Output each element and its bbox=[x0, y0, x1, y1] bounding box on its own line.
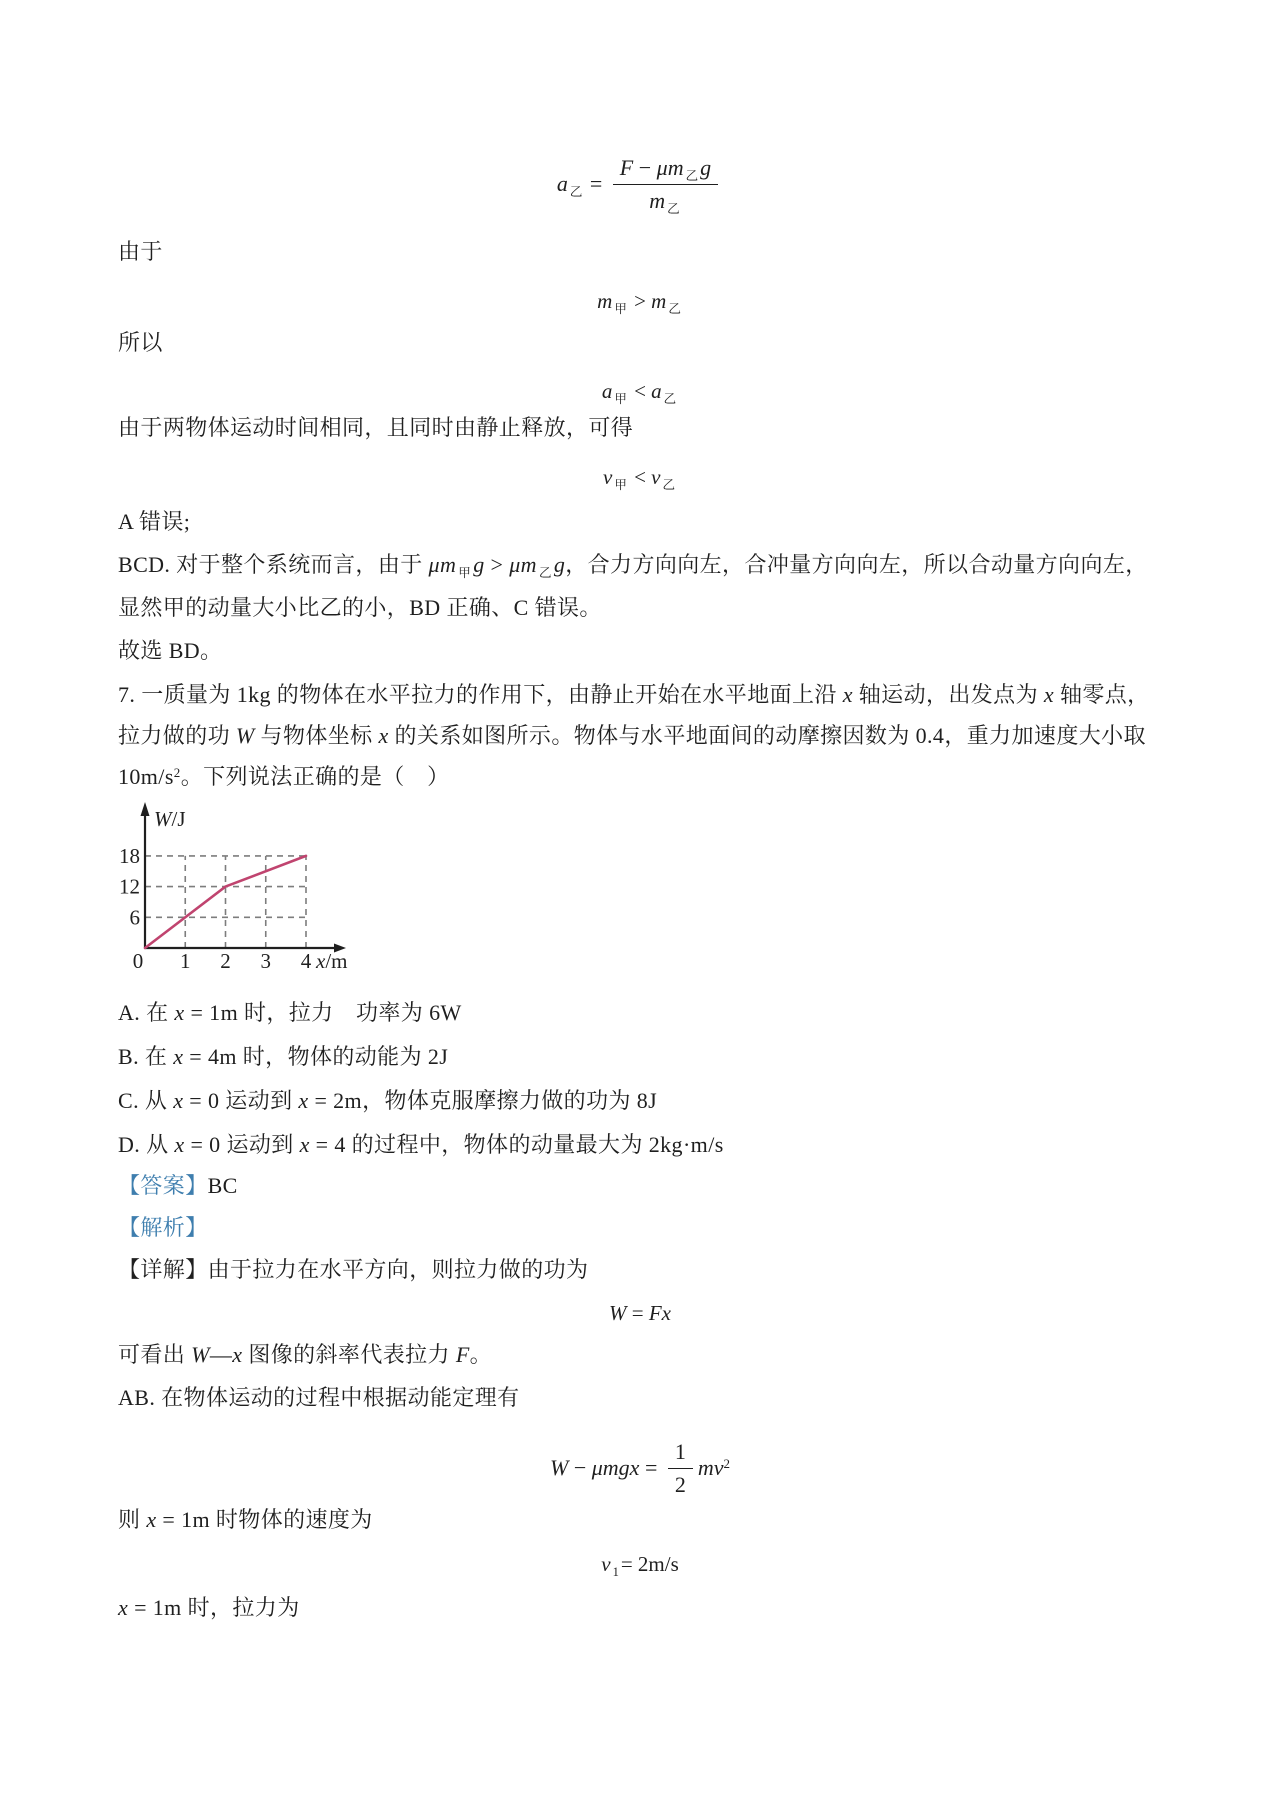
option-b: B. 在 x = 4m 时，物体的动能为 2J bbox=[118, 1043, 448, 1071]
text-run: 2 bbox=[675, 1472, 686, 1497]
text-run: = 1m 时，拉力 功率为 6W bbox=[185, 1000, 462, 1025]
y-axis-arrow-icon bbox=[141, 802, 150, 816]
text-run: x bbox=[173, 1044, 183, 1069]
text-run: x bbox=[173, 1088, 183, 1113]
text-run: m bbox=[651, 289, 666, 313]
y-tick-label: 6 bbox=[130, 905, 141, 929]
text-run: 乙 bbox=[668, 302, 681, 316]
text-run: g bbox=[473, 552, 484, 577]
text-run: = 2m，物体克服摩擦力做的功为 8J bbox=[309, 1088, 658, 1113]
text-run: D. 从 bbox=[118, 1132, 174, 1157]
y-tick-label: 18 bbox=[119, 844, 140, 868]
text-run: — bbox=[210, 1342, 232, 1367]
text-run: C. 从 bbox=[118, 1088, 173, 1113]
question7-line1: 7. 一质量为 1kg 的物体在水平拉力的作用下，由静止开始在水平地面上沿 x … bbox=[118, 681, 1150, 709]
formula-velocity-compare: v甲 < v乙 bbox=[0, 463, 1280, 491]
paragraph-xianran: 显然甲的动量大小比乙的小，BD 正确、C 错误。 bbox=[118, 594, 602, 622]
text-run: μm bbox=[509, 552, 537, 577]
option-a: A. 在 x = 1m 时，拉力 功率为 6W bbox=[118, 999, 462, 1027]
text-run: 【答案】 bbox=[118, 1173, 208, 1198]
text-run: W bbox=[191, 1342, 210, 1367]
question7-line2: 拉力做的功 W 与物体坐标 x 的关系如图所示。物体与水平地面间的动摩擦因数为 … bbox=[118, 722, 1146, 750]
option-d: D. 从 x = 0 运动到 x = 4 的过程中，物体的动量最大为 2kg·m… bbox=[118, 1131, 724, 1159]
text-run: 甲 bbox=[458, 566, 471, 580]
text-run: 2 bbox=[174, 765, 181, 780]
paragraph-suoyi: 所以 bbox=[118, 329, 163, 357]
text-run: g bbox=[554, 552, 565, 577]
text-run: = bbox=[584, 171, 607, 196]
formula-w-equals-fx: W = Fx bbox=[0, 1299, 1280, 1327]
text-run: x bbox=[232, 1342, 242, 1367]
fraction: F − μm乙gm乙 bbox=[613, 155, 718, 214]
option-c: C. 从 x = 0 运动到 x = 2m，物体克服摩擦力做的功为 8J bbox=[118, 1087, 657, 1115]
text-run: v bbox=[603, 465, 612, 489]
formula-lhs: W − μmgx = bbox=[550, 1455, 663, 1481]
text-run: 。下列说法正确的是（ ） bbox=[181, 764, 450, 789]
text-run: 【解析】 bbox=[118, 1215, 208, 1240]
text-run: x bbox=[378, 723, 388, 748]
y-tick-label: 12 bbox=[119, 875, 140, 899]
fraction-denominator: 2 bbox=[675, 1469, 686, 1498]
paragraph-ab-theorem: AB. 在物体运动的过程中根据动能定理有 bbox=[118, 1384, 520, 1412]
text-run: 与物体坐标 bbox=[255, 723, 379, 748]
x-tick-label: 3 bbox=[261, 949, 272, 972]
text-run: 1 bbox=[675, 1439, 686, 1464]
text-run: 的关系如图所示。物体与水平地面间的动摩擦因数为 0.4，重力加速度大小取 bbox=[389, 723, 1146, 748]
text-run: < bbox=[629, 465, 651, 489]
text-run: x bbox=[298, 1088, 308, 1113]
paragraph-a-wrong: A 错误; bbox=[118, 508, 190, 536]
text-run: 甲 bbox=[614, 302, 627, 316]
text-run: 2 bbox=[724, 1456, 731, 1471]
answer-label: 【答案】BC bbox=[118, 1172, 238, 1200]
text-run: 乙 bbox=[667, 202, 680, 216]
paragraph-youyu: 由于 bbox=[118, 238, 163, 266]
text-run: 1 bbox=[613, 1565, 619, 1579]
text-run: = 1m 时，拉力为 bbox=[128, 1595, 299, 1620]
x-tick-label: 4 bbox=[301, 949, 312, 972]
paragraph-guxuan: 故选 BD。 bbox=[118, 637, 222, 665]
analysis-label: 【解析】 bbox=[118, 1214, 208, 1242]
text-run: ，合力方向向左，合冲量方向向左，所以合动量方向向左， bbox=[565, 552, 1147, 577]
formula-rhs: mv2 bbox=[698, 1455, 730, 1481]
text-run: 。 bbox=[470, 1342, 492, 1367]
text-run: 拉力做的功 bbox=[118, 723, 236, 748]
text-run: x bbox=[146, 1507, 156, 1532]
text-run: 甲 bbox=[614, 478, 627, 492]
formula-kinetic-energy: W − μmgx = 12mv2 bbox=[0, 1424, 1280, 1512]
text-run: 乙 bbox=[539, 566, 552, 580]
detail-explain: 【详解】由于拉力在水平方向，则拉力做的功为 bbox=[118, 1256, 588, 1284]
text-run: − bbox=[568, 1455, 591, 1480]
text-run: = 1m 时物体的速度为 bbox=[156, 1507, 372, 1532]
text-run: A. 在 bbox=[118, 1000, 174, 1025]
text-run: = bbox=[627, 1301, 649, 1325]
text-run: W bbox=[550, 1455, 568, 1480]
text-run: = 4 的过程中，物体的动量最大为 2kg·m/s bbox=[310, 1132, 724, 1157]
question7-line3: 10m/s2。下列说法正确的是（ ） bbox=[118, 763, 450, 791]
text-run: a bbox=[602, 379, 613, 403]
text-run: BCD. 对于整个系统而言，由于 bbox=[118, 552, 429, 577]
fraction-denominator: m乙 bbox=[649, 185, 681, 214]
text-run: 乙 bbox=[664, 392, 677, 406]
paragraph-x1m-force: x = 1m 时，拉力为 bbox=[118, 1594, 300, 1622]
text-run: = 0 运动到 bbox=[185, 1132, 300, 1157]
paragraph-same-time: 由于两物体运动时间相同，且同时由静止释放，可得 bbox=[118, 414, 633, 442]
text-run: μm bbox=[657, 155, 684, 180]
text-run: 图像的斜率代表拉力 bbox=[242, 1342, 455, 1367]
text-run: 则 bbox=[118, 1507, 146, 1532]
text-run: x bbox=[1044, 682, 1054, 707]
text-run: BC bbox=[208, 1173, 238, 1198]
text-run: x bbox=[300, 1132, 310, 1157]
formula-accel-compare: a甲 < a乙 bbox=[0, 377, 1280, 405]
text-run: > bbox=[485, 552, 510, 577]
text-run: mv bbox=[698, 1455, 724, 1480]
text-run: W bbox=[236, 723, 255, 748]
document-page: a乙 = F − μm乙gm乙 由于 m甲 > m乙 所以 a甲 < a乙 由于… bbox=[0, 0, 1280, 1810]
text-run: x bbox=[174, 1000, 184, 1025]
text-run: > bbox=[629, 289, 651, 313]
text-run: x bbox=[118, 1595, 128, 1620]
text-run: x bbox=[174, 1132, 184, 1157]
text-run: < bbox=[629, 379, 651, 403]
text-run: F bbox=[649, 1301, 662, 1325]
text-run: 轴运动，出发点为 bbox=[853, 682, 1044, 707]
text-run: = 0 运动到 bbox=[183, 1088, 298, 1113]
paragraph-slope: 可看出 W—x 图像的斜率代表拉力 F。 bbox=[118, 1341, 492, 1369]
text-run: 可看出 bbox=[118, 1342, 191, 1367]
text-run: 10m/s bbox=[118, 764, 174, 789]
x-axis-title: x/m bbox=[315, 949, 348, 972]
text-run: F bbox=[620, 155, 633, 180]
fraction-numerator: F − μm乙g bbox=[613, 155, 718, 185]
fraction-numerator: 1 bbox=[668, 1439, 693, 1469]
text-run: a bbox=[557, 171, 568, 196]
text-run: 甲 bbox=[614, 392, 627, 406]
text-run: = 4m 时，物体的动能为 2J bbox=[183, 1044, 448, 1069]
text-run: 乙 bbox=[570, 185, 583, 199]
text-run: 乙 bbox=[663, 478, 676, 492]
paragraph-bcd-analysis: BCD. 对于整个系统而言，由于 μm甲g > μm乙g，合力方向向左，合冲量方… bbox=[118, 551, 1148, 579]
text-run: μm bbox=[429, 552, 457, 577]
text-run: = 2m/s bbox=[621, 1552, 679, 1576]
text-run: μmgx bbox=[592, 1455, 640, 1480]
fraction: 12 bbox=[668, 1439, 693, 1498]
x-tick-label: 2 bbox=[220, 949, 231, 972]
text-run: m bbox=[649, 188, 665, 213]
w-x-chart: 6121801234W/Jx/m bbox=[98, 794, 448, 972]
text-run: v bbox=[601, 1552, 610, 1576]
x-tick-label: 1 bbox=[180, 949, 191, 972]
text-run: 轴零点， bbox=[1054, 682, 1150, 707]
formula-mass-compare: m甲 > m乙 bbox=[0, 287, 1280, 315]
paragraph-ze-speed: 则 x = 1m 时物体的速度为 bbox=[118, 1506, 373, 1534]
text-run: a bbox=[651, 379, 662, 403]
text-run: B. 在 bbox=[118, 1044, 173, 1069]
text-run: g bbox=[700, 155, 711, 180]
formula-acceleration-yi: a乙 = F − μm乙gm乙 bbox=[0, 136, 1280, 232]
y-axis-title: W/J bbox=[154, 807, 186, 831]
text-run: v bbox=[651, 465, 660, 489]
text-run: 乙 bbox=[686, 169, 699, 183]
text-run: − bbox=[633, 155, 656, 180]
text-run: F bbox=[456, 1342, 470, 1367]
x-tick-label: 0 bbox=[133, 949, 144, 972]
text-run: = bbox=[639, 1455, 662, 1480]
text-run: 7. 一质量为 1kg 的物体在水平拉力的作用下，由静止开始在水平地面上沿 bbox=[118, 682, 843, 707]
text-run: x bbox=[662, 1301, 671, 1325]
text-run: x bbox=[843, 682, 853, 707]
formula-lhs: a乙 = bbox=[557, 171, 608, 197]
formula-v1: v1= 2m/s bbox=[0, 1550, 1280, 1578]
text-run: W bbox=[609, 1301, 627, 1325]
text-run: m bbox=[597, 289, 612, 313]
